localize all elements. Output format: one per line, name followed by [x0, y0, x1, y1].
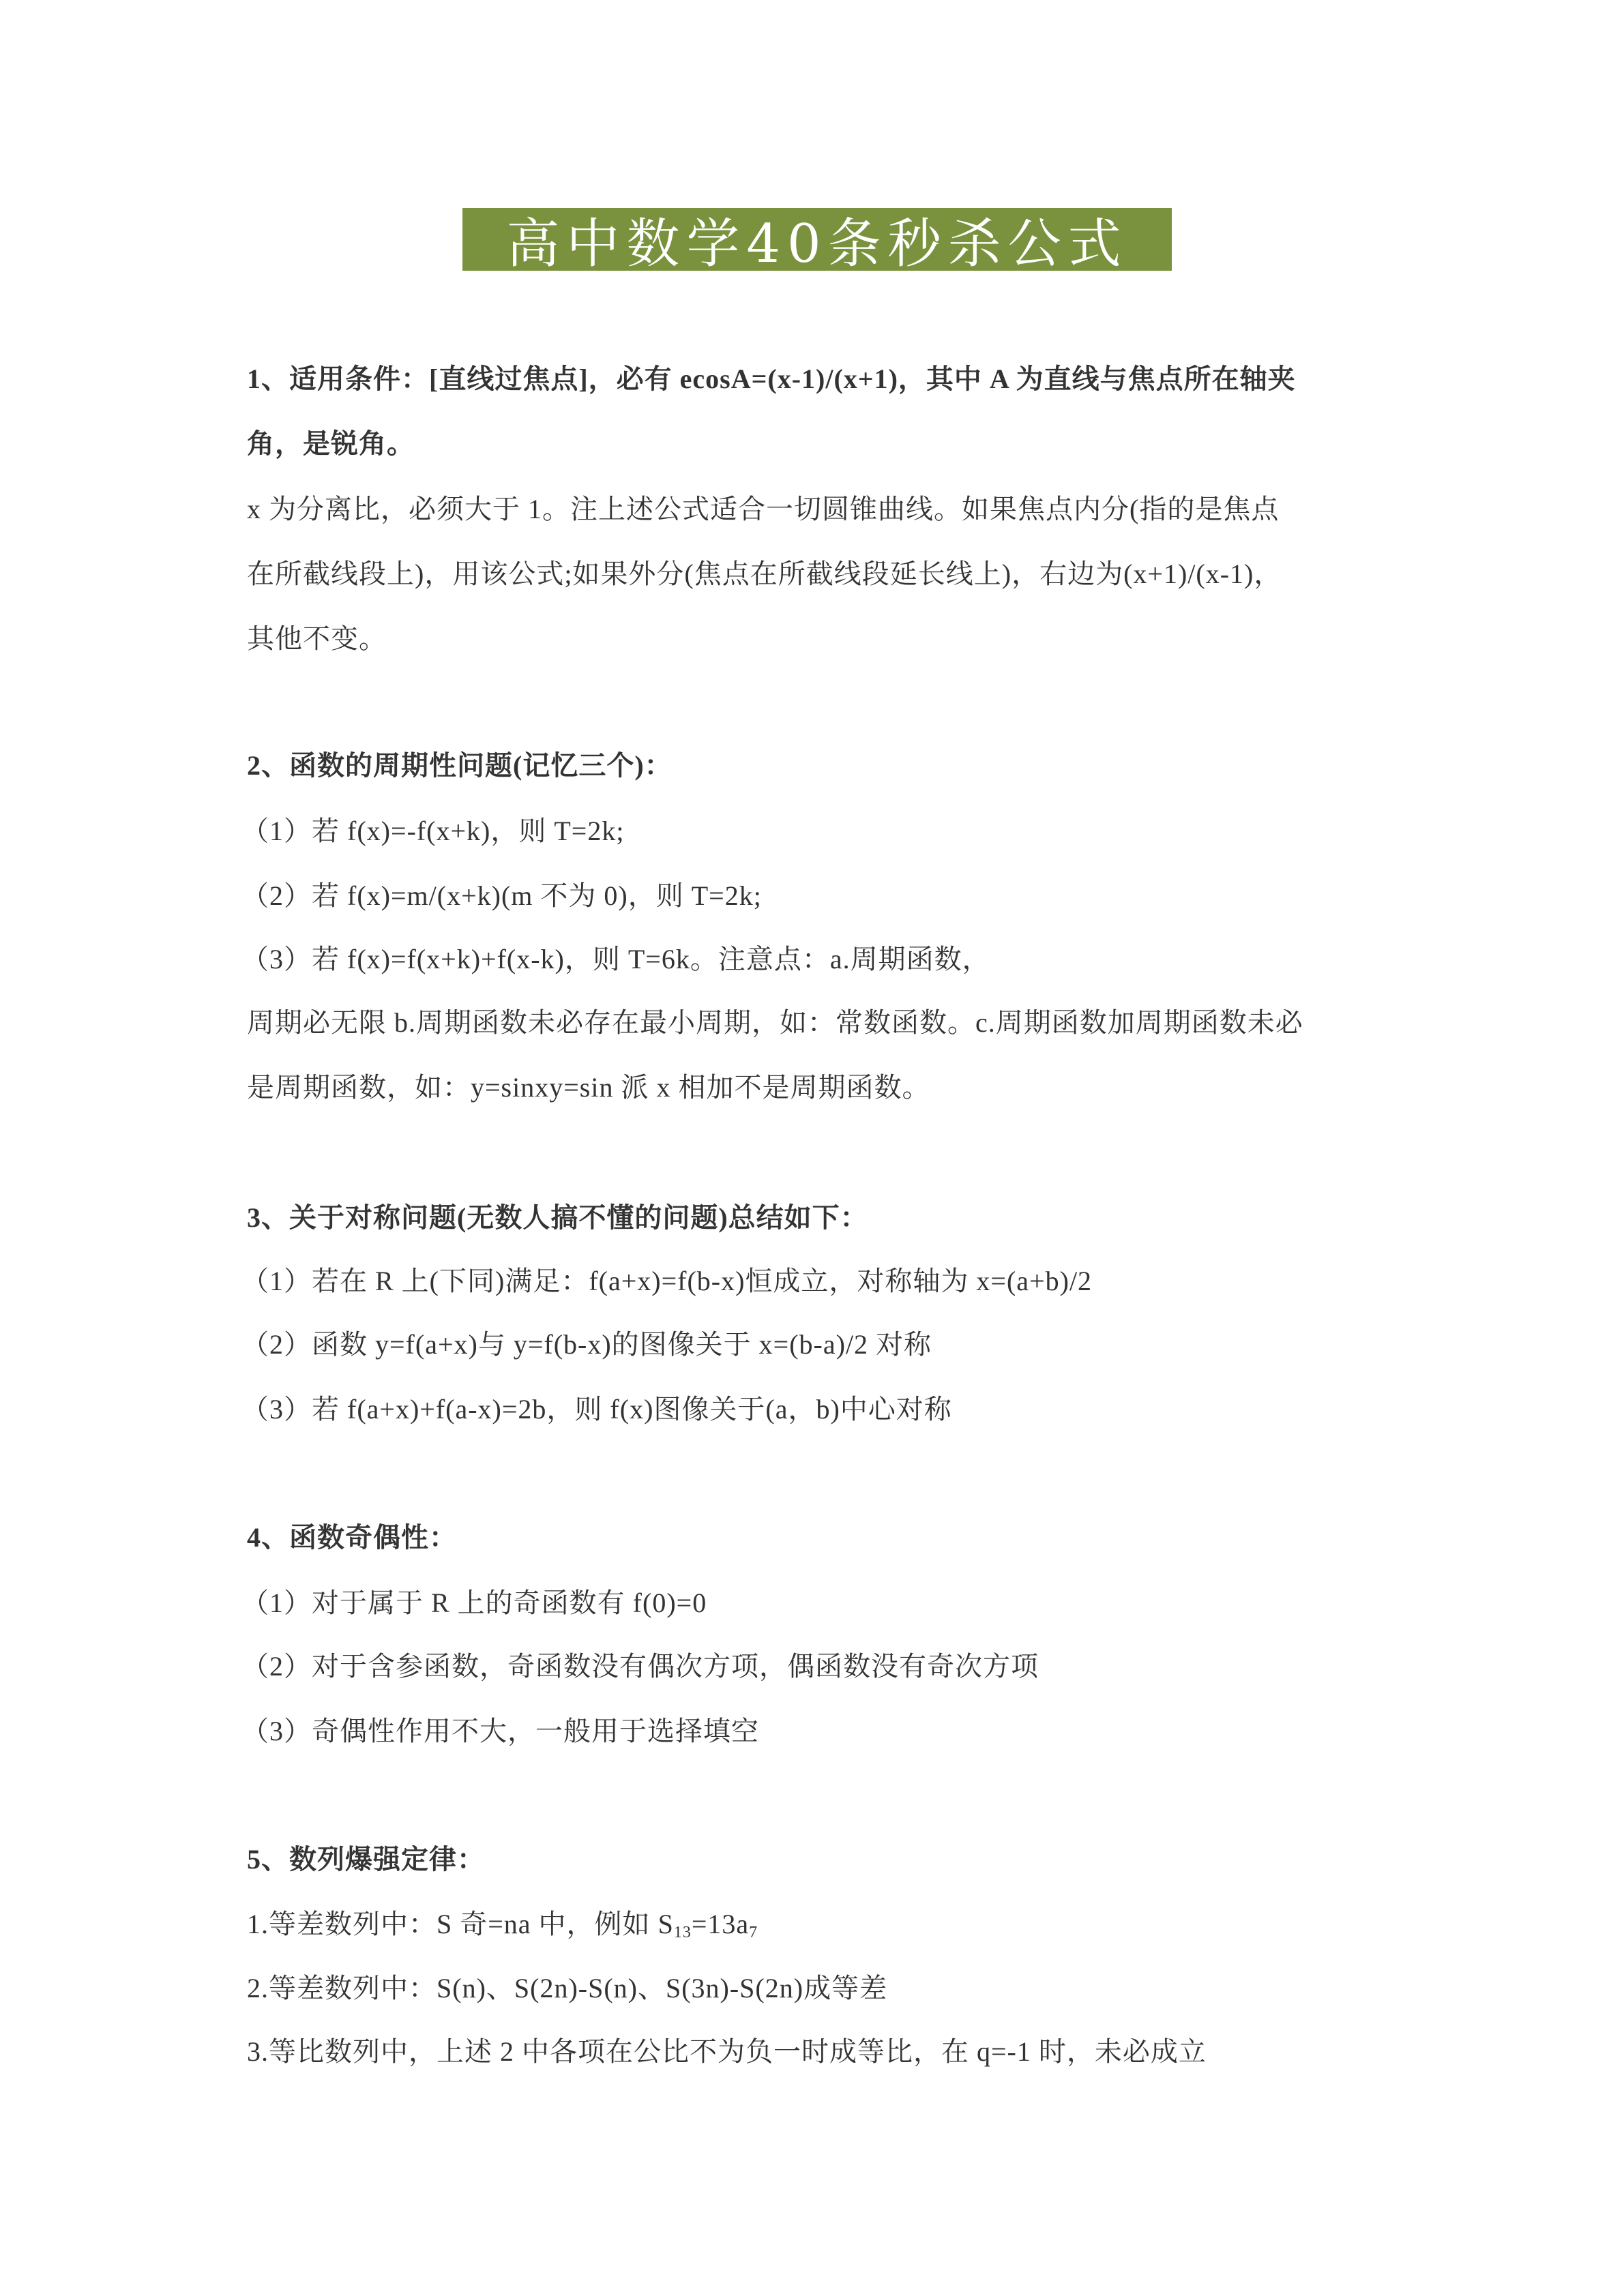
- section-2-item-2: （2）若 f(x)=m/(x+k)(m 不为 0)，则 T=2k;: [241, 880, 762, 912]
- section-3-item-3: （3）若 f(a+x)+f(a-x)=2b，则 f(x)图像关于(a，b)中心对…: [241, 1393, 952, 1426]
- section-1-body-line-3: 其他不变。: [247, 623, 387, 655]
- section-1-body-line-2: 在所截线段上)，用该公式;如果外分(焦点在所截线段延长线上)，右边为(x+1)/…: [247, 558, 1282, 591]
- section-3-item-1: （1）若在 R 上(下同)满足：f(a+x)=f(b-x)恒成立，对称轴为 x=…: [241, 1265, 1092, 1298]
- page-title: 高中数学40条秒杀公式: [462, 208, 1172, 271]
- section-1-body-line-1: x 为分离比，必须大于 1。注上述公式适合一切圆锥曲线。如果焦点内分(指的是焦点: [247, 493, 1279, 526]
- section-2-item-3: （3）若 f(x)=f(x+k)+f(x-k)，则 T=6k。注意点：a.周期函…: [241, 943, 990, 976]
- section-3-item-2: （2）函数 y=f(a+x)与 y=f(b-x)的图像关于 x=(b-a)/2 …: [241, 1328, 932, 1361]
- section-3-heading: 3、关于对称问题(无数人搞不懂的问题)总结如下：: [247, 1202, 868, 1234]
- section-4-item-2: （2）对于含参函数，奇函数没有偶次方项，偶函数没有奇次方项: [241, 1650, 1039, 1683]
- section-4-item-3: （3）奇偶性作用不大，一般用于选择填空: [241, 1715, 759, 1748]
- section-5-item-1-text: 1.等差数列中：S 奇=na 中，例如: [247, 1909, 658, 1939]
- section-1-heading-line-1: 1、适用条件：[直线过焦点]，必有 ecosA=(x-1)/(x+1)，其中 A…: [247, 363, 1296, 396]
- section-5-item-1: 1.等差数列中：S 奇=na 中，例如 S13=13a7: [247, 1908, 758, 1941]
- formula-s-base: S: [658, 1909, 674, 1939]
- section-2-item-1: （1）若 f(x)=-f(x+k)，则 T=2k;: [241, 815, 624, 848]
- section-4-item-1: （1）对于属于 R 上的奇函数有 f(0)=0: [241, 1587, 707, 1620]
- section-5-item-3: 3.等比数列中，上述 2 中各项在公比不为负一时成等比，在 q=-1 时，未必成…: [247, 2036, 1207, 2068]
- section-2-body-line-5: 是周期函数，如：y=sinxy=sin 派 x 相加不是周期函数。: [247, 1071, 930, 1104]
- formula-s-subscript: 13: [674, 1924, 692, 1941]
- formula-equals: =13a: [692, 1909, 749, 1939]
- section-2-heading: 2、函数的周期性问题(记忆三个)：: [247, 749, 673, 782]
- section-5-heading: 5、数列爆强定律：: [247, 1843, 485, 1876]
- section-4-heading: 4、函数奇偶性：: [247, 1521, 457, 1554]
- section-5-item-2: 2.等差数列中：S(n)、S(2n)-S(n)、S(3n)-S(2n)成等差: [247, 1972, 887, 2005]
- section-1-heading-line-2: 角，是锐角。: [247, 428, 415, 460]
- formula-a-subscript: 7: [749, 1924, 758, 1941]
- section-2-body-line-4: 周期必无限 b.周期函数未必存在最小周期，如：常数函数。c.周期函数加周期函数未…: [247, 1007, 1303, 1039]
